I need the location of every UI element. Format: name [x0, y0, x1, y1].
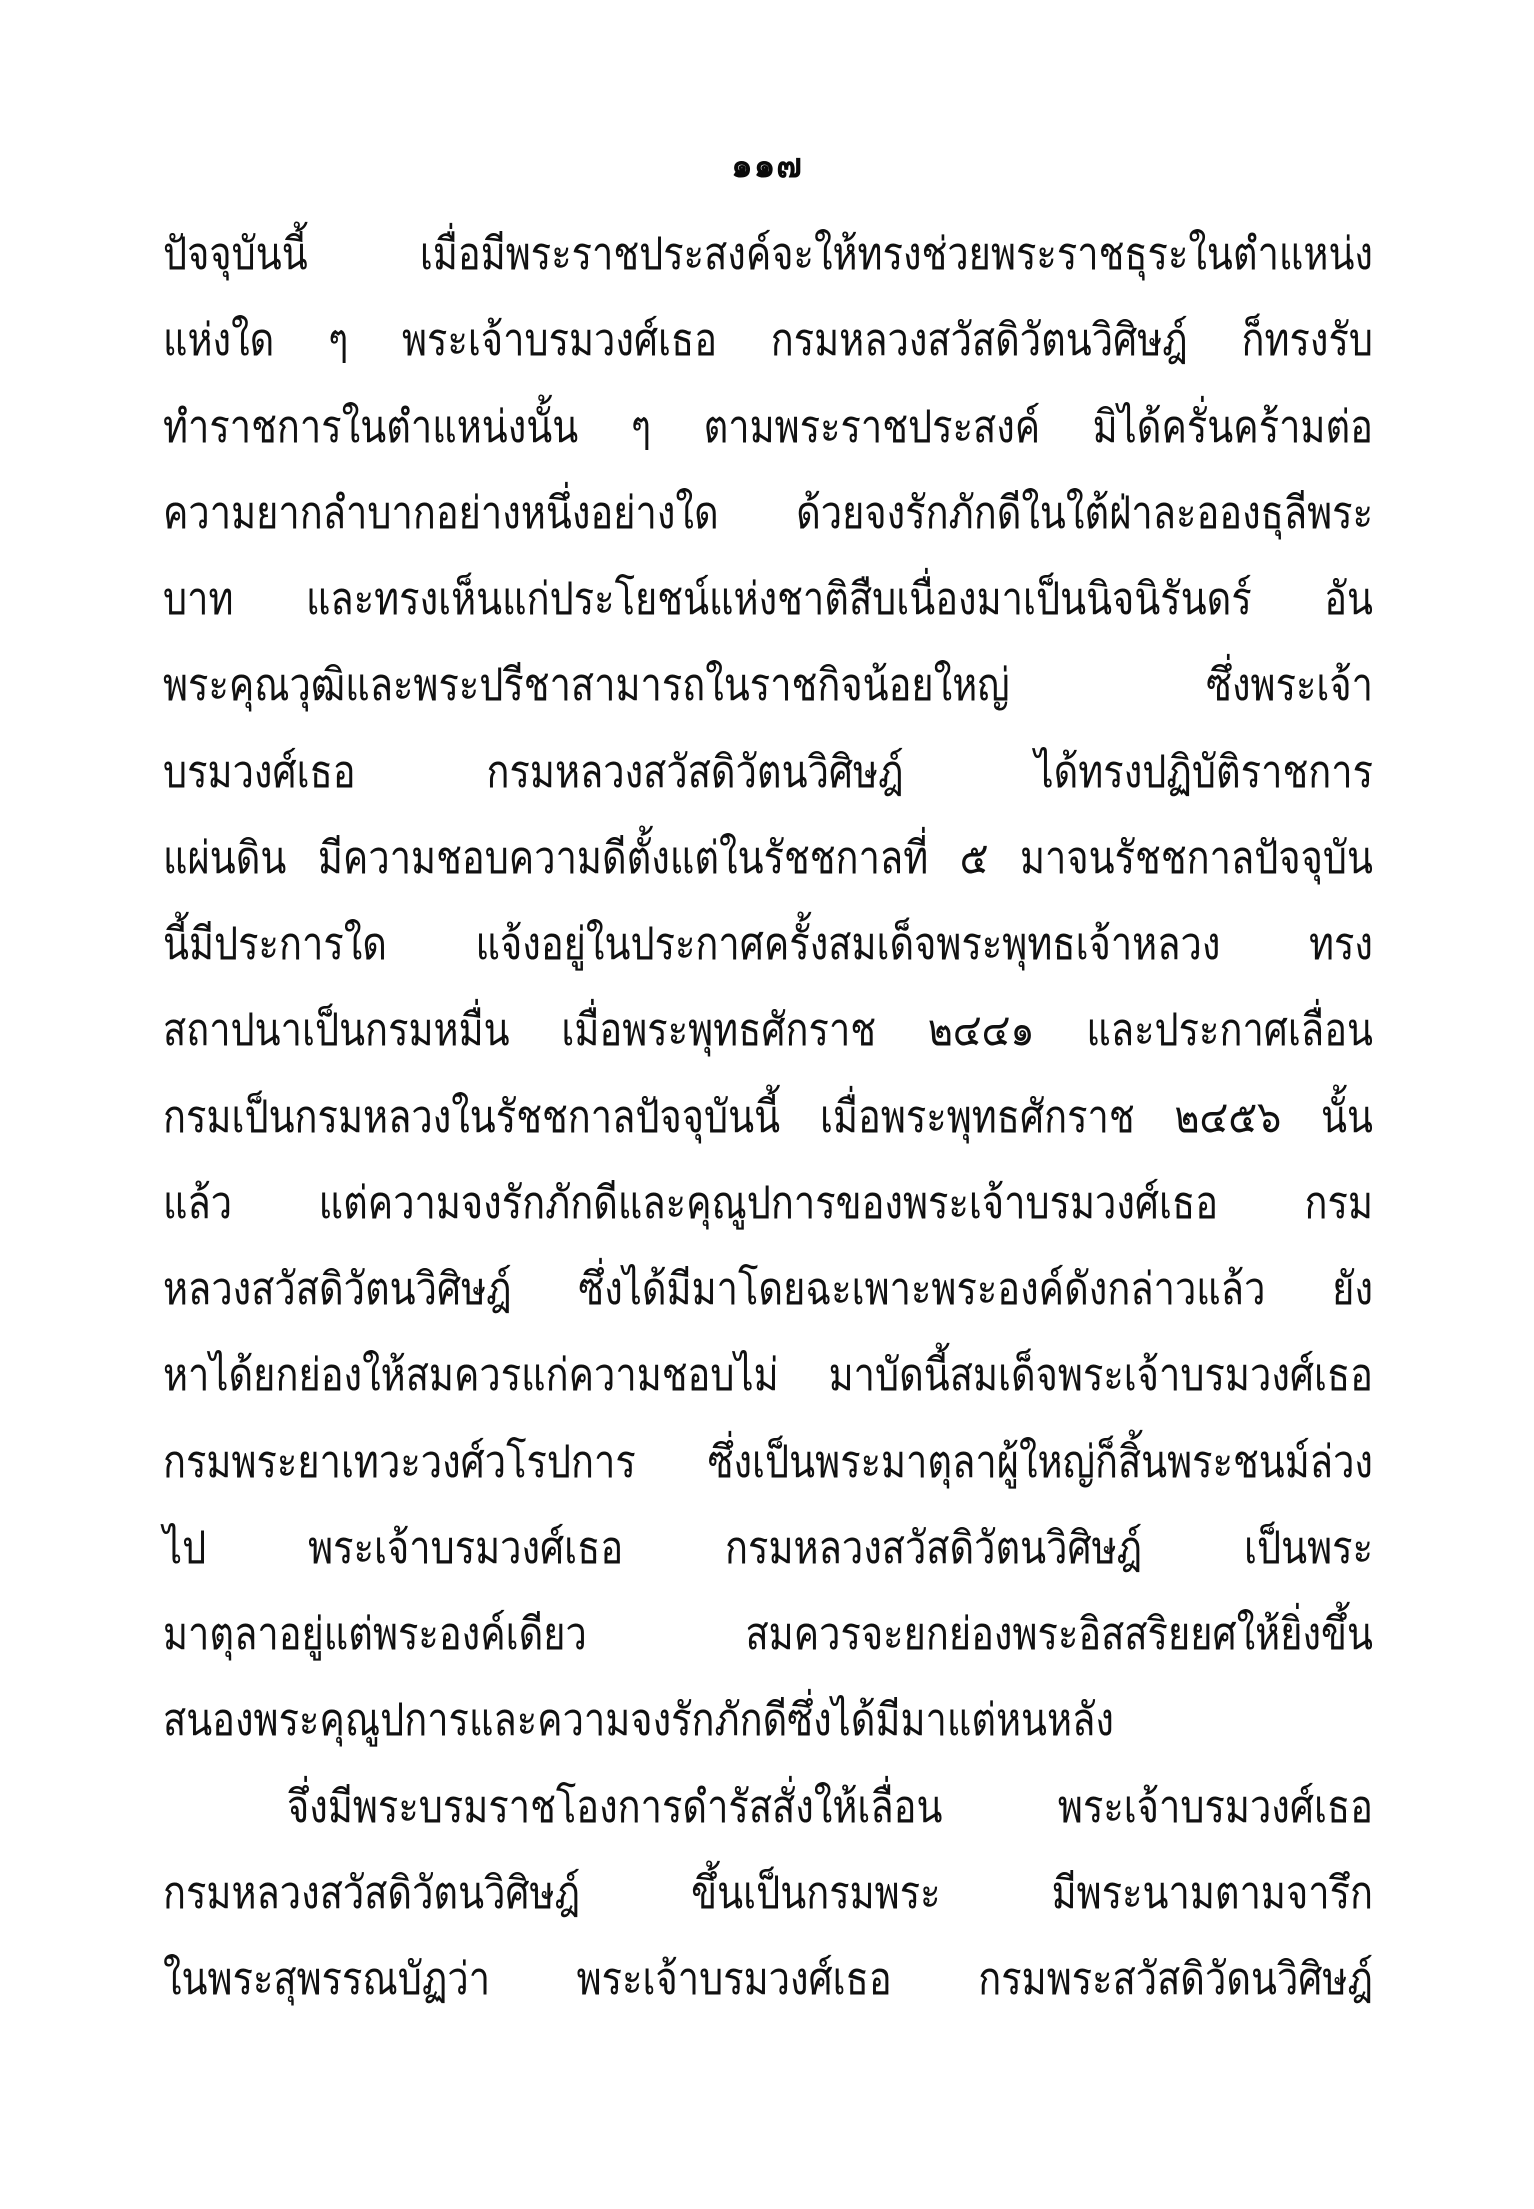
text-line: นี้มีประการใด แจ้งอยู่ในประกาศครั้งสมเด็… [163, 902, 1373, 988]
text-line: พระคุณวุฒิและพระปรีชาสามารถในราชกิจน้อยใ… [163, 643, 1373, 729]
text-line: บรมวงศ์เธอ กรมหลวงสวัสดิวัตนวิศิษฎ์ ได้ท… [163, 730, 1373, 816]
text-line: สถาปนาเป็นกรมหมื่น เมื่อพระพุทธศักราช ๒๔… [163, 988, 1373, 1074]
text-line: กรมเป็นกรมหลวงในรัชชกาลปัจจุบันนี้ เมื่อ… [163, 1075, 1373, 1161]
text-line: ความยากลำบากอย่างหนึ่งอย่างใด ด้วยจงรักภ… [163, 471, 1373, 557]
text-line: ในพระสุพรรณบัฏว่า พระเจ้าบรมวงศ์เธอ กรมพ… [163, 1937, 1373, 2023]
text-line: กรมหลวงสวัสดิวัตนวิศิษฎ์ ขึ้นเป็นกรมพระ … [163, 1851, 1373, 1937]
text-line: แห่งใด ๆ พระเจ้าบรมวงศ์เธอ กรมหลวงสวัสดิ… [163, 298, 1373, 384]
page-number: ๑๑๗ [0, 138, 1534, 192]
text-line: มาตุลาอยู่แต่พระองค์เดียว สมควรจะยกย่องพ… [163, 1592, 1373, 1678]
paragraph-1: ปัจจุบันนี้ เมื่อมีพระราชประสงค์จะให้ทรง… [163, 212, 1373, 1765]
text-line: บาท และทรงเห็นแก่ประโยชน์แห่งชาติสืบเนื่… [163, 557, 1373, 643]
text-line: แผ่นดิน มีความชอบความดีตั้งแต่ในรัชชกาลท… [163, 816, 1373, 902]
text-line: กรมพระยาเทวะวงศ์วโรปการ ซึ่งเป็นพระมาตุล… [163, 1420, 1373, 1506]
text-line: จึ่งมีพระบรมราชโองการดำรัสสั่งให้เลื่อน … [163, 1765, 1373, 1851]
text-line: ปัจจุบันนี้ เมื่อมีพระราชประสงค์จะให้ทรง… [163, 212, 1373, 298]
text-line: ทำราชการในตำแหน่งนั้น ๆ ตามพระราชประสงค์… [163, 385, 1373, 471]
text-line: หลวงสวัสดิวัตนวิศิษฎ์ ซึ่งได้มีมาโดยฉะเพ… [163, 1247, 1373, 1333]
text-line: สนองพระคุณูปการและความจงรักภักดีซึ่งได้ม… [163, 1678, 1373, 1764]
body-text: ปัจจุบันนี้ เมื่อมีพระราชประสงค์จะให้ทรง… [163, 212, 1373, 2023]
text-line: ไป พระเจ้าบรมวงศ์เธอ กรมหลวงสวัสดิวัตนวิ… [163, 1506, 1373, 1592]
paragraph-2: จึ่งมีพระบรมราชโองการดำรัสสั่งให้เลื่อน … [163, 1765, 1373, 2024]
text-line: หาได้ยกย่องให้สมควรแก่ความชอบไม่ มาบัดนี… [163, 1333, 1373, 1419]
text-line-content: ในพระสุพรรณบัฏว่า พระเจ้าบรมวงศ์เธอ กรมพ… [163, 1928, 1373, 2030]
text-line: แล้ว แต่ความจงรักภักดีและคุณูปการของพระเ… [163, 1161, 1373, 1247]
